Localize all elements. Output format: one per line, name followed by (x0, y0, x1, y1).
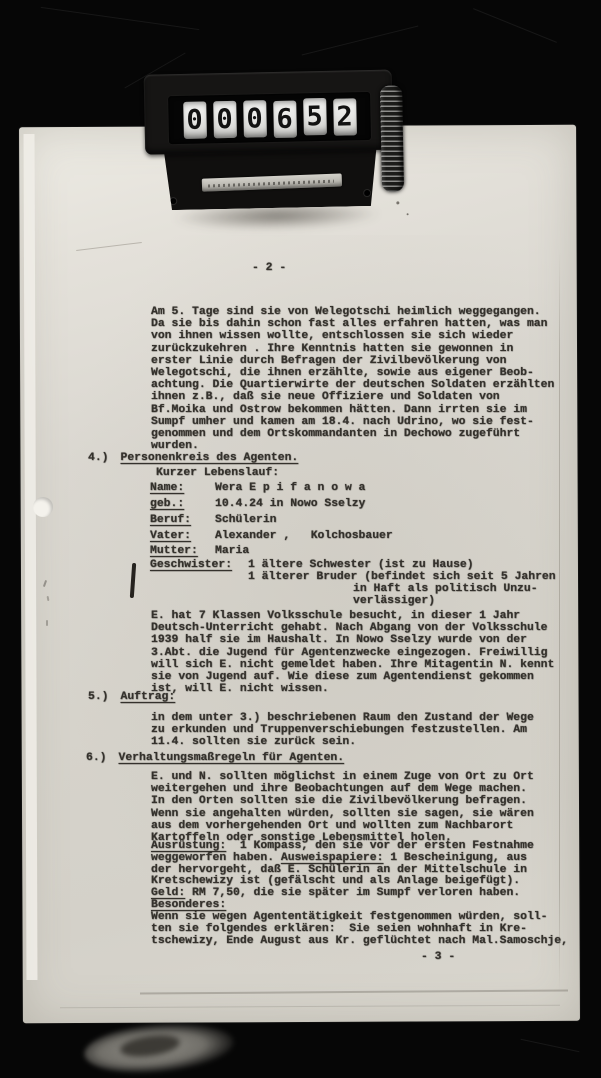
film-scratch (302, 25, 419, 55)
page-edge-right (559, 250, 560, 992)
equipment-text: 1 Kompass, den sie vor der ersten Festna… (226, 840, 534, 852)
id-papers-label: Ausweispapiere: (281, 852, 384, 864)
film-scratch (521, 1039, 580, 1052)
scanned-document-photo: 0 0 0 6 5 2 - 2 - Am 5. Tage sind sie vo… (0, 0, 601, 1078)
field-row-father: Vater:Alexander , Kolchosbauer (150, 530, 393, 542)
section-4-heading: 4.)Personenkreis des Agenten. (88, 452, 298, 464)
counter-digit: 0 (243, 100, 267, 137)
siblings-line: 1 älterer Bruder (befindet sich seit 5 J… (248, 571, 556, 583)
section-number: 5.) (88, 691, 109, 703)
section-title: Auftrag: (121, 691, 176, 703)
equipment-label: Ausrüstung: (151, 840, 226, 852)
field-value: Schülerin (215, 514, 277, 526)
field-label: Beruf: (150, 514, 215, 526)
equipment-line: Geld: RM 7,50, die sie später im Sumpf v… (151, 887, 520, 899)
paragraph-mission: in dem unter 3.) beschriebenen Raum den … (151, 712, 534, 749)
counter-digit: 0 (213, 100, 237, 137)
counter-label-plate (202, 173, 342, 191)
field-row-siblings: Geschwister:1 ältere Schwester (ist zu H… (150, 559, 474, 571)
field-row-mother: Mutter:Maria (150, 545, 249, 557)
field-value: 1 ältere Schwester (ist zu Hause) (248, 559, 474, 571)
field-label: geb.: (150, 498, 215, 510)
field-row-profession: Beruf:Schülerin (150, 514, 277, 526)
paragraph-travel-account: Am 5. Tage sind sie von Welegotschi heim… (151, 306, 554, 452)
equipment-line: Kretschewizy ist (gefälscht und als Anla… (151, 875, 520, 887)
counter-base-plate (157, 148, 384, 211)
section-title: Personenkreis des Agenten. (121, 452, 299, 464)
equipment-line: Ausrüstung: 1 Kompass, den sie vor der e… (151, 840, 534, 852)
page-counter-device: 0 0 0 6 5 2 (141, 61, 406, 216)
siblings-line: verlässiger) (353, 595, 435, 607)
paragraph-cover-story: Wenn sie wegen Agententätigkeit festgeno… (151, 911, 568, 948)
paragraph-conduct-rules: E. und N. sollten möglichst in einem Zug… (151, 771, 534, 844)
field-label: Vater: (150, 530, 215, 542)
paragraph-schooling: E. hat 7 Klassen Volksschule besucht, in… (151, 610, 554, 695)
field-value: Maria (215, 545, 249, 557)
counter-housing: 0 0 0 6 5 2 (144, 70, 394, 155)
equipment-line: weggeworfen haben. Ausweispapiere: 1 Bes… (151, 852, 527, 864)
counter-digit: 5 (303, 97, 327, 134)
special-label: Besonderes: (151, 899, 226, 911)
pencil-tick (46, 620, 48, 626)
section-5-heading: 5.)Auftrag: (88, 691, 175, 703)
section-6-heading: 6.)Verhaltungsmaßregeln für Agenten. (86, 752, 344, 764)
screw-hole (364, 190, 370, 196)
field-label: Mutter: (150, 545, 215, 557)
money-label: Geld: (151, 887, 185, 899)
counter-digit: 2 (333, 98, 357, 135)
siblings-line: in Haft als politisch Unzu- (353, 583, 538, 595)
screw-hole (170, 198, 176, 204)
section-number: 4.) (88, 452, 109, 464)
field-label: Name: (150, 482, 215, 494)
equipment-text: 1 Bescheinigung, aus (383, 852, 527, 864)
field-value: 10.4.24 in Nowo Sselzy (215, 498, 365, 510)
dust-speck (396, 201, 399, 204)
section-number: 6.) (86, 752, 107, 764)
counter-digit: 6 (273, 100, 297, 137)
page-number-bottom: - 3 - (421, 951, 455, 963)
field-value: Wera E p i f a n o w a (215, 482, 365, 494)
hole-punch (33, 497, 53, 517)
dust-speck (407, 213, 409, 215)
cv-subtitle: Kurzer Lebenslauf: (156, 467, 279, 479)
equipment-text: RM 7,50, die sie später im Sumpf verlore… (185, 887, 520, 899)
page-number-top: - 2 - (252, 262, 286, 274)
field-row-born: geb.:10.4.24 in Nowo Sselzy (150, 498, 365, 510)
field-value: Alexander , Kolchosbauer (215, 530, 393, 542)
equipment-text: weggeworfen haben. (151, 852, 281, 864)
film-scratch (473, 8, 557, 43)
counter-digit: 0 (183, 101, 207, 138)
film-scratch (41, 7, 200, 30)
special-label-text: Besonderes: (151, 899, 226, 911)
counter-thumb-knob (380, 85, 404, 191)
field-row-name: Name:Wera E p i f a n o w a (150, 482, 365, 494)
counter-digit-window: 0 0 0 6 5 2 (168, 92, 371, 144)
field-label: Geschwister: (150, 559, 248, 571)
counter-label-engraving (208, 180, 334, 188)
section-title: Verhaltungsmaßregeln für Agenten. (119, 752, 345, 764)
